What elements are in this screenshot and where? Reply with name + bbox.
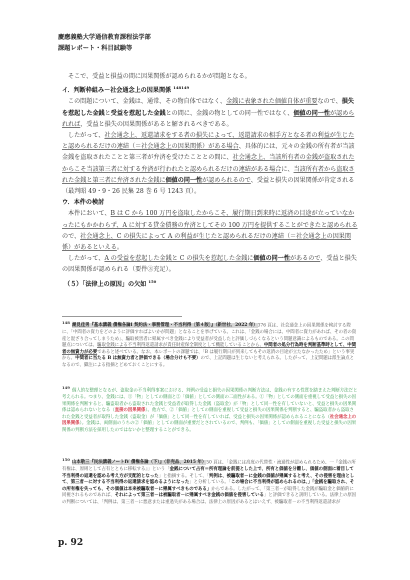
text-run: 受益を惹起した金銭 <box>111 110 166 117</box>
footnote-ref[interactable]: 150 <box>148 279 156 284</box>
footnote-150: 150山本敬三『民法講義ノートⅣ 債権各論（下）』（非売品、2015 年）50 … <box>62 457 358 506</box>
text-run: 、受益と損失の因果関係があると解されるべきである。 <box>80 121 232 128</box>
text-run: 価値の同一性 <box>293 110 330 117</box>
text-run: 社会通念上、C の損失によって A の利益が生じたと認められるだけの連結（＝社会… <box>62 233 351 251</box>
footnote-148: 148潮見佳男『基本講義 債権各論Ⅰ 契約法・事務管理・不当利得〔第４版〕』（新… <box>62 320 358 369</box>
header-university: 慶應義塾大学通信教育課程法学部 <box>58 33 151 44</box>
text-run: があるので <box>290 255 320 262</box>
paragraph-4: 本件において、B は C から 100 万円を盗取したからこそ、履行期日到来時に… <box>62 208 358 253</box>
header-subtitle: 課題レポート・科目試験等 <box>58 44 151 55</box>
section-heading-5: （５）「法律上の原因」の欠如 150 <box>62 276 358 290</box>
paragraph-2: この問題について、金銭は、通常、その物自体ではなく、金銭に表象された価値自体が重… <box>62 96 358 130</box>
document-header: 慶應義塾大学通信教育課程法学部 課題レポート・科目試験等 <box>58 33 151 54</box>
text-run: との間に、金銭の物としての同一性ではなく、 <box>166 110 294 117</box>
citation-source: 潮見佳男『基本講義 債権各論Ⅰ 契約法・事務管理・不当利得〔第４版〕』（新世社、… <box>72 323 258 328</box>
text-run: 。 <box>117 244 123 251</box>
text-run: 金銭に表象された価値自体が重要 <box>226 98 317 105</box>
text-run: 価値の同一性 <box>253 255 290 262</box>
section-heading-i: イ．判断枠組み－社会通念上の因果関係 148149 <box>62 82 358 96</box>
section-heading-u: ウ．本件の検討 <box>62 197 358 208</box>
text-run: に、 <box>281 166 293 173</box>
text-run: A の受益を惹起した金銭と C の損失を惹起した金銭に <box>104 255 253 262</box>
document-page: 慶應義塾大学通信教育課程法学部 課題レポート・科目試験等 そこで、受益と損益の間… <box>0 0 410 580</box>
paragraph-5: したがって、A の受益を惹起した金銭と C の損失を惹起した金銭に価値の同一性が… <box>62 253 358 275</box>
text-run: が認められるので <box>202 177 251 184</box>
text-run: したがって、 <box>68 132 104 139</box>
text-run: なので、 <box>317 98 341 105</box>
paragraph-3: したがって、社会通念上、返還請求をする者の損失によって、返還請求の相手方となる者… <box>62 130 358 197</box>
footnote-divider <box>62 316 182 317</box>
main-body: そこで、受益と損益の間に因果関係が認められるかが問題となる。 イ．判断枠組み－社… <box>62 71 358 290</box>
text-run: 本件において、 <box>68 210 111 217</box>
citation-source: 山本敬三『民法講義ノートⅣ 債権各論（下）』（非売品、2015 年） <box>72 460 206 465</box>
footnote-ref[interactable]: 148149 <box>173 85 189 90</box>
text-run: 価値の同一性 <box>166 177 203 184</box>
paragraph-intro: そこで、受益と損益の間に因果関係が認められるかが問題となる。 <box>62 71 358 82</box>
text-run: したがって、 <box>68 255 104 262</box>
highlight-direct-causation: 直接の因果関係 <box>115 408 146 413</box>
text-run: ので、 <box>62 233 80 240</box>
footnote-149: 149個人的な整理となるが、盗取金の不当利得事案における、判例の受益と損失の因果… <box>62 385 358 434</box>
page-number: p. 92 <box>58 538 83 548</box>
text-run: この問題について、金銭は、通常、その物自体ではなく、 <box>68 98 226 105</box>
